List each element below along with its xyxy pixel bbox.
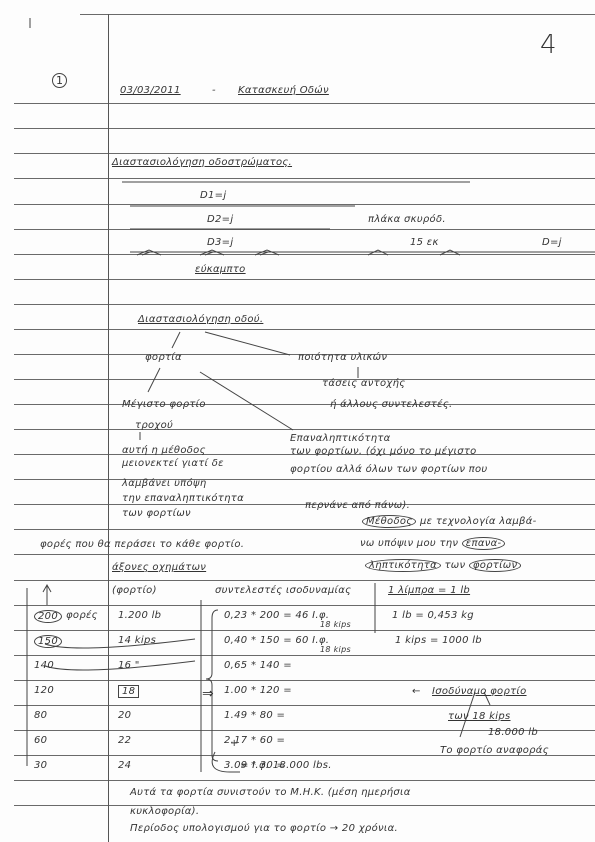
row-passes: 30 <box>34 760 47 771</box>
footer-line3: Περίοδος υπολογισμού για το φορτίο → 20 … <box>130 823 398 834</box>
method-line2: νω υπόψιν μου την <box>360 538 458 549</box>
row-calc: 1.49 * 80 = <box>224 710 285 721</box>
table-header-load: (φορτίο) <box>112 585 157 596</box>
row-calc: 0,65 * 140 = <box>224 660 292 671</box>
row-load: 24 <box>118 760 131 771</box>
repetition-1: Επαναληπτικότητα <box>290 433 391 444</box>
row-calc-note: 18 kips <box>320 645 351 654</box>
layer-d2: D2=j <box>207 214 233 225</box>
slab-thickness: 15 εκ <box>410 237 439 248</box>
header-date: 03/03/2011 <box>120 85 181 96</box>
footer-line1: Αυτά τα φορτία συνιστούν το Μ.Η.Κ. (μέση… <box>130 787 411 798</box>
node-loads: φορτία <box>145 352 182 363</box>
row-load: 22 <box>118 735 131 746</box>
layer-d1: D1=j <box>200 190 226 201</box>
axle-header: άξονες οχημάτων <box>112 562 206 573</box>
repetition-4: περνάνε από πάνω). <box>305 500 410 511</box>
max-load-2: τροχού <box>135 420 173 431</box>
row-load: 14 kips <box>118 635 156 646</box>
conversion-3: 1 kips = 1000 lb <box>395 635 482 646</box>
circled-loads: φορτίων <box>469 559 522 572</box>
circled-repetition: επανα- <box>462 537 506 550</box>
method-line1-rest: με τεχνολογία λαμβά- <box>420 516 537 527</box>
row-passes: 140 <box>34 660 54 671</box>
page-number: 4 <box>540 30 557 60</box>
equiv-line2: των 18 kips <box>448 711 511 722</box>
subgrade-label: εύκαμπτο <box>195 264 246 275</box>
notebook-page: 4 1 03/03/2011 - Κατασκευή Οδών Διαστασι… <box>0 0 595 842</box>
method-note-line2: νω υπόψιν μου την επανα- <box>360 538 505 549</box>
slab-label: πλάκα σκυρόδ. <box>368 214 446 225</box>
equiv-line4: Το φορτίο αναφοράς <box>440 745 549 756</box>
circled-repetitiveness: ληπτικότητα <box>365 559 441 572</box>
method-note-4: την επαναληπτικότητα <box>122 493 244 504</box>
repetition-2: των φορτίων. (όχι μόνο το μέγιστο <box>290 446 477 457</box>
row-load: 16 " <box>118 660 140 671</box>
header-dash: - <box>212 85 216 96</box>
sum-result: = Ι.φ. 18.000 lbs. <box>240 760 332 771</box>
table-left-note: φορές που θα περάσει το κάθε φορτίο. <box>40 539 244 550</box>
method-note-2: μειονεκτεί γιατί δε <box>122 458 224 469</box>
row-passes: 80 <box>34 710 47 721</box>
pavement-section-title: Διαστασιολόγηση οδοστρώματος. <box>112 157 292 168</box>
repetition-3: φορτίου αλλά όλων των φορτίων που <box>290 464 488 475</box>
implies-arrow: ⇒ <box>202 686 214 702</box>
equiv-arrow: ← <box>412 686 421 697</box>
row-calc: 0,23 * 200 = 46 Ι.φ. <box>224 610 329 621</box>
road-design-title: Διαστασιολόγηση οδού. <box>138 314 263 325</box>
quality-sub2: ή άλλους συντελεστές. <box>330 399 452 410</box>
row-passes: 60 <box>34 735 47 746</box>
method-note-3: λαμβάνει υπόψη <box>122 478 206 489</box>
max-load-1: Μέγιστο φορτίο <box>122 399 206 410</box>
row-passes: 120 <box>34 685 54 696</box>
row-load: 20 <box>118 710 131 721</box>
method-note-line3: ληπτικότητα των φορτίων <box>365 560 521 571</box>
row-load: 1.200 lb <box>118 610 161 621</box>
footer-line2: κυκλοφορία). <box>130 806 199 817</box>
node-quality: ποιότητα υλικών <box>298 352 387 363</box>
conversion-2: 1 lb = 0,453 kg <box>392 610 474 621</box>
circled-method: Μέθοδος <box>362 515 416 528</box>
row-calc: 1.00 * 120 = <box>224 685 292 696</box>
method-line3-rest: των <box>444 560 465 571</box>
equiv-line1: Ισοδύναμο φορτίο <box>432 686 527 697</box>
method-note-line1: Μέθοδος με τεχνολογία λαμβά- <box>362 516 537 527</box>
conversion-1: 1 λίμπρα = 1 lb <box>388 585 470 596</box>
row-calc: 0,40 * 150 = 60 Ι.φ. <box>224 635 329 646</box>
quality-sub1: τάσεις αντοχής <box>322 378 405 389</box>
sum-plus: + <box>230 738 239 749</box>
method-note-1: αυτή η μέθοδος <box>122 445 206 456</box>
row-load: 18 <box>118 685 139 698</box>
row-passes-suffix: φορές <box>66 610 98 621</box>
table-header-coeff: συντελεστές ισοδυναμίας <box>215 585 351 596</box>
row-passes: 200 <box>34 610 62 623</box>
row-passes: 150 <box>34 635 62 648</box>
layer-d3: D3=j <box>207 237 233 248</box>
course-title: Κατασκευή Οδών <box>238 85 329 96</box>
right-layer-label: D=j <box>542 237 562 248</box>
method-note-5: των φορτίων <box>122 508 191 519</box>
equiv-line3: 18.000 lb <box>488 727 538 738</box>
row-calc-note: 18 kips <box>320 620 351 629</box>
